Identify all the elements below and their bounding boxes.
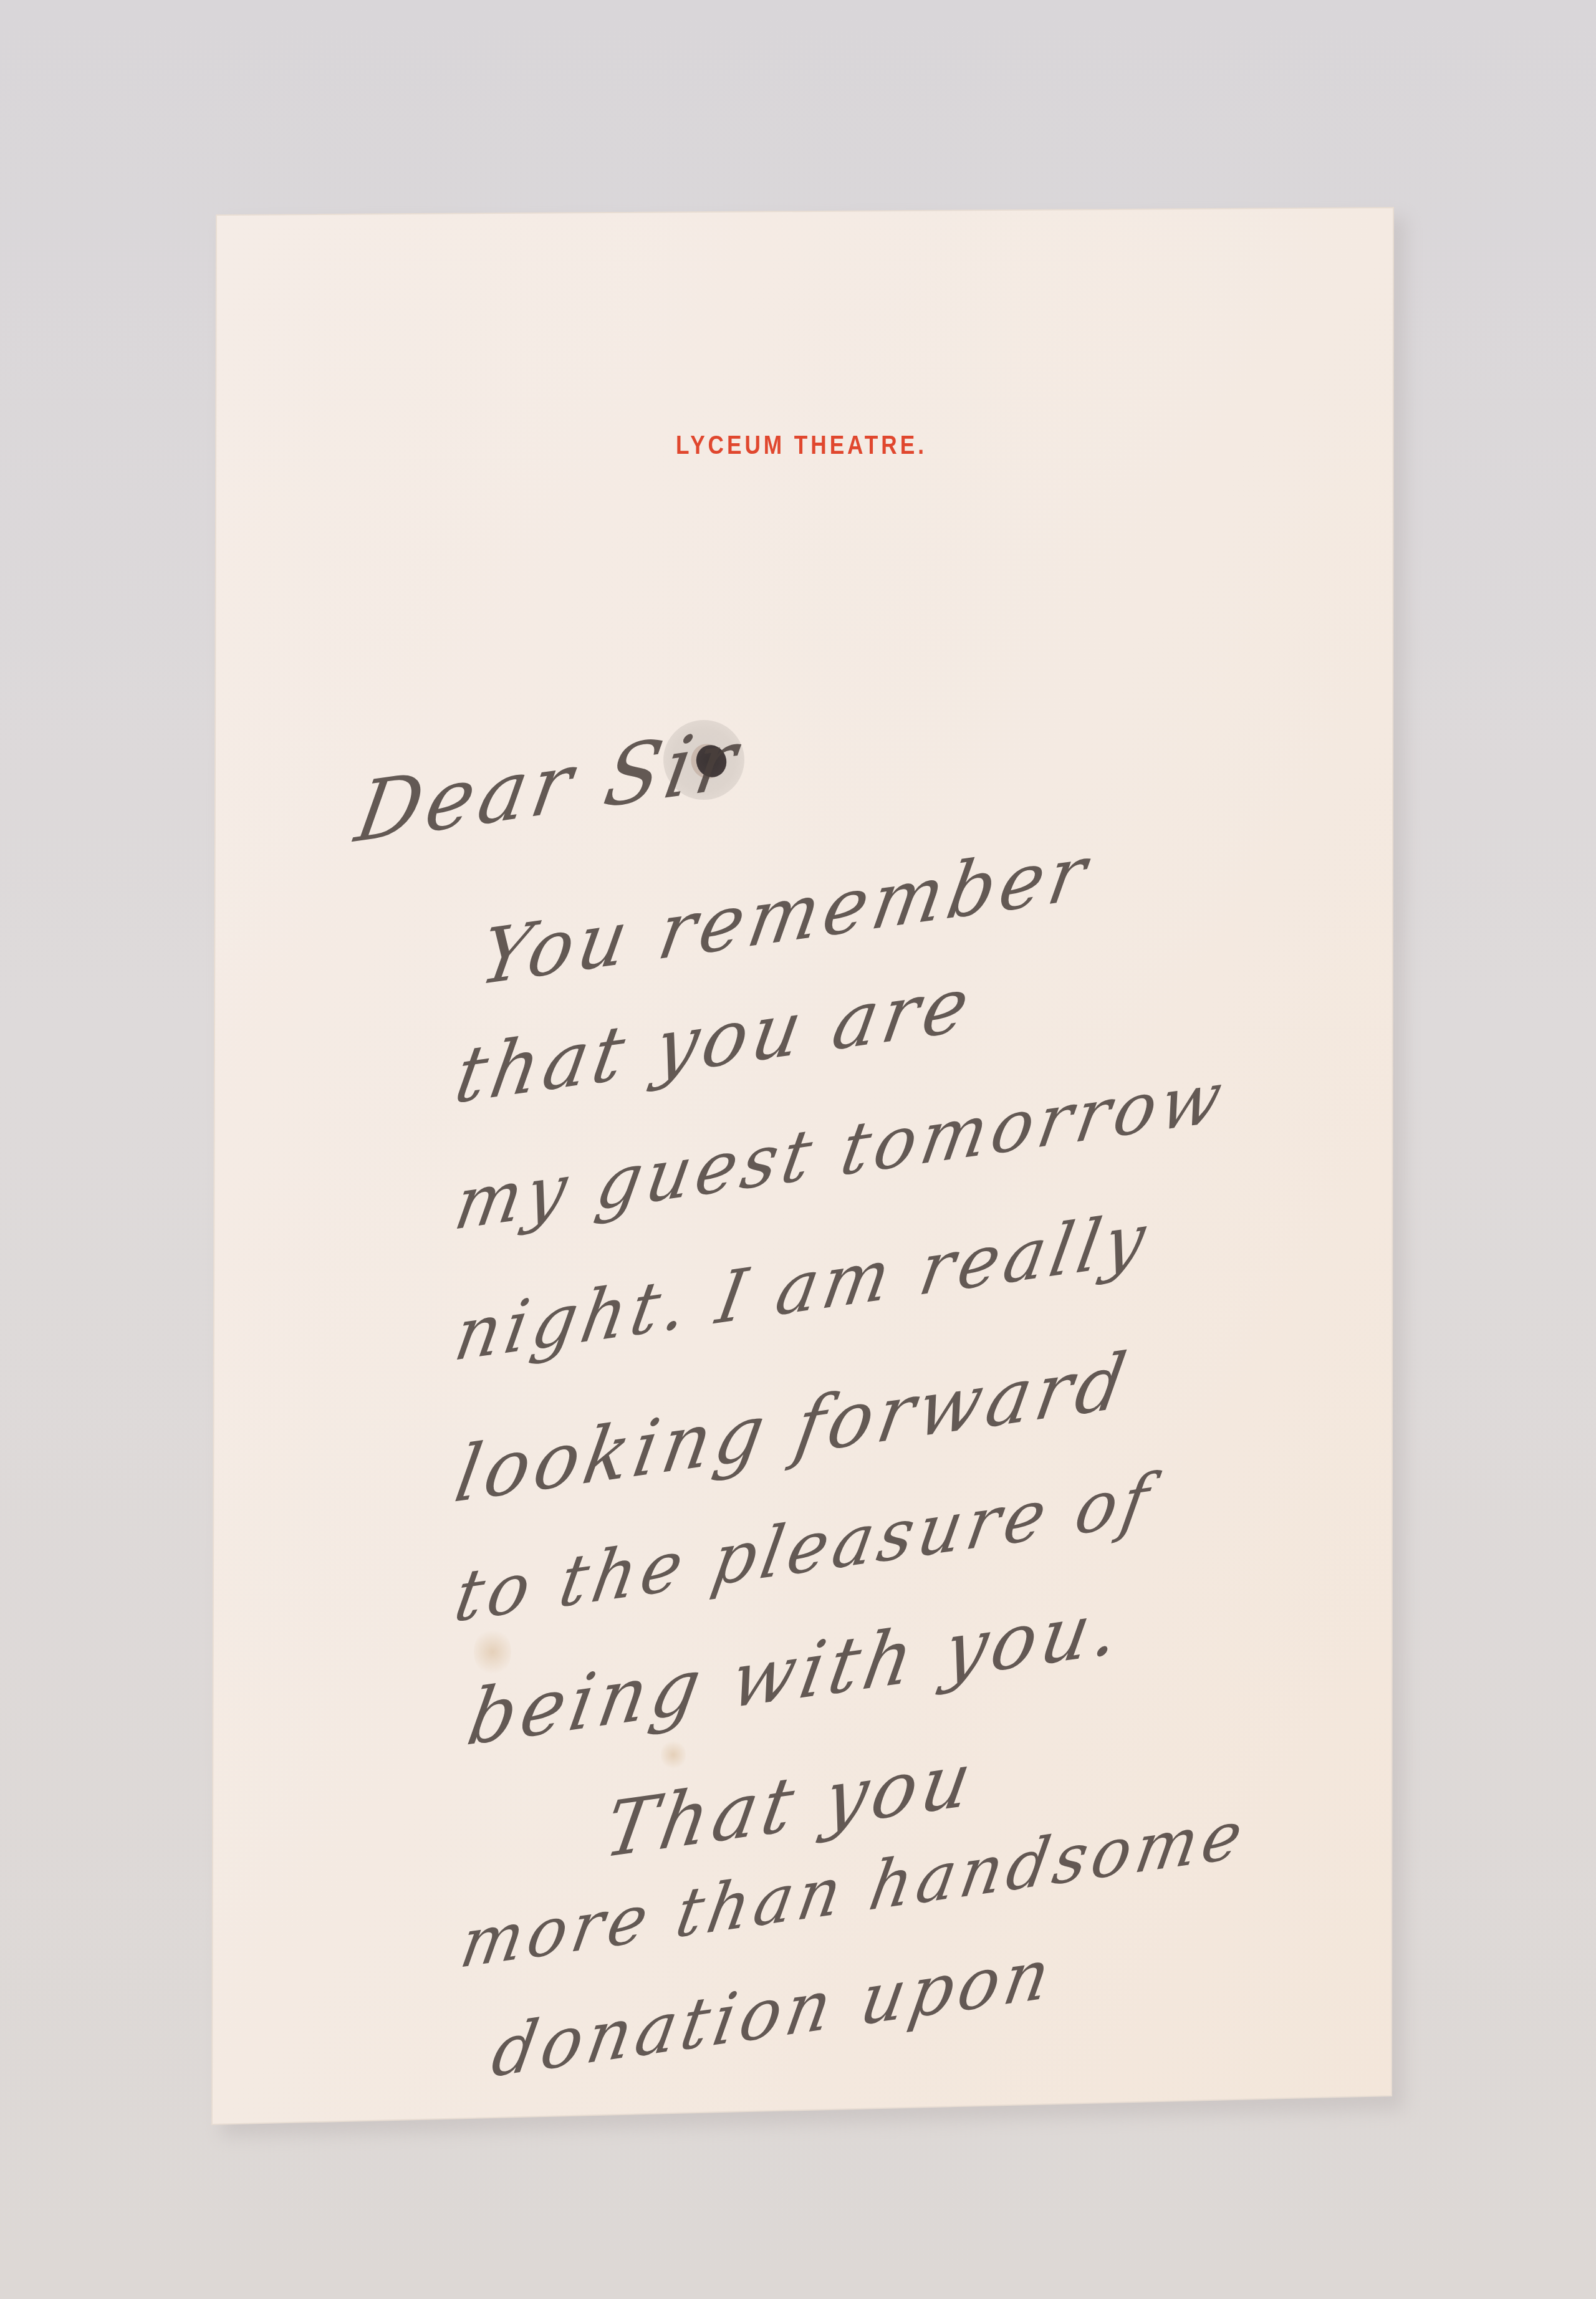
foxing-stain	[661, 1739, 686, 1770]
letterhead-title: LYCEUM THEATRE.	[147, 430, 1456, 461]
